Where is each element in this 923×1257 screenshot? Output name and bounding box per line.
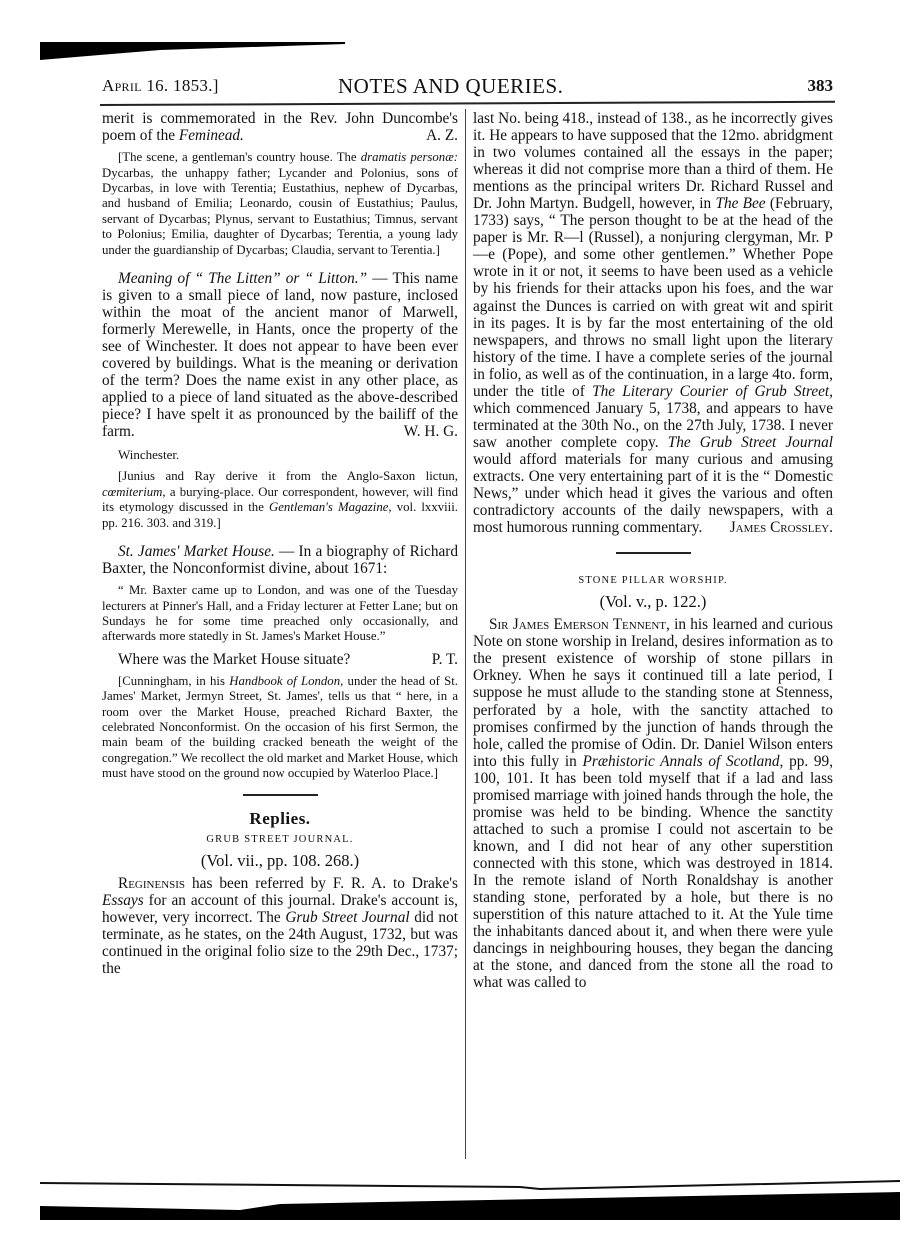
section-rule	[616, 552, 691, 554]
header-rule	[100, 101, 835, 106]
signature: A. Z.	[426, 127, 458, 144]
editorial-note: [The scene, a gentleman's country house.…	[102, 150, 458, 258]
signature: W. H. G.	[388, 423, 458, 440]
query-market-house: St. James' Market House. — In a biograph…	[102, 543, 458, 577]
replies-heading: Replies.	[102, 810, 458, 827]
journal-title: NOTES AND QUERIES.	[338, 74, 563, 99]
query-question: Where was the Market House situate? P. T…	[102, 651, 458, 668]
issue-date: April 16. 1853.]	[102, 76, 219, 96]
left-column: merit is commemorated in the Rev. John D…	[102, 110, 458, 977]
right-column: last No. being 418., instead of 138., as…	[473, 110, 833, 991]
signature: P. T.	[416, 651, 458, 668]
article-heading: GRUB STREET JOURNAL.	[102, 831, 458, 848]
article-reference: (Vol. v., p. 122.)	[473, 593, 833, 610]
place-line: Winchester.	[102, 446, 458, 463]
reply-continuation: last No. being 418., instead of 138., as…	[473, 110, 833, 536]
running-head: April 16. 1853.] NOTES AND QUERIES. 383	[100, 74, 835, 100]
article-reference: (Vol. vii., pp. 108. 268.)	[102, 852, 458, 869]
article-heading: STONE PILLAR WORSHIP.	[473, 572, 833, 589]
block-quote: “ Mr. Baxter came up to London, and was …	[102, 583, 458, 645]
signature: James Crossley.	[730, 519, 833, 536]
editorial-note: [Junius and Ray derive it from the Anglo…	[102, 469, 458, 531]
column-divider	[465, 109, 466, 1159]
reply-paragraph: Reginensis has been referred by F. R. A.…	[102, 875, 458, 977]
query-title: Meaning of “ The Litten” or “ Litton.”	[118, 270, 367, 287]
reply-paragraph: Sir James Emerson Tennent, in his learne…	[473, 616, 833, 991]
scan-edge-artifact-bottom	[40, 1180, 900, 1220]
editorial-note: [Cunningham, in his Handbook of London, …	[102, 674, 458, 782]
section-rule	[243, 794, 318, 796]
query-litten: Meaning of “ The Litten” or “ Litton.” —…	[102, 270, 458, 440]
scan-edge-artifact-top	[40, 42, 345, 60]
continuation-paragraph: merit is commemorated in the Rev. John D…	[102, 110, 458, 144]
page-number: 383	[808, 76, 834, 96]
query-title: St. James' Market House.	[118, 543, 275, 560]
